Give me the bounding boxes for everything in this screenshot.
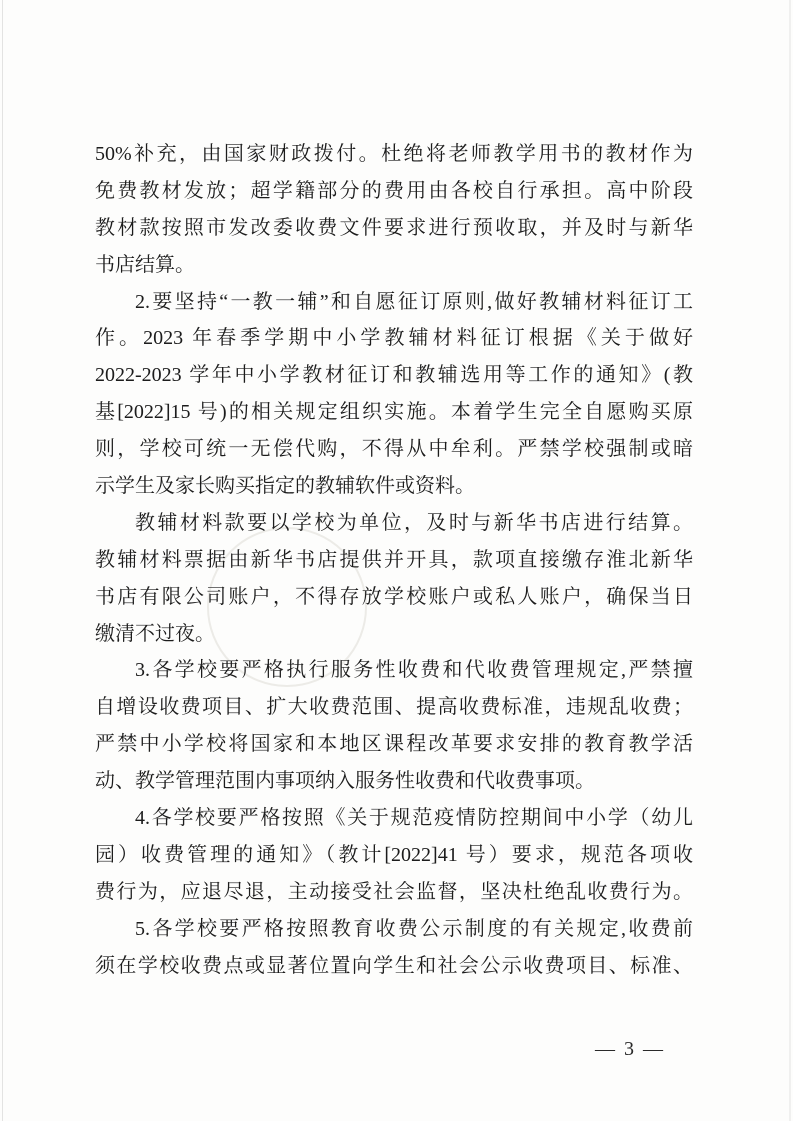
text-line: 书店结算。	[95, 247, 693, 284]
scan-edge-right	[789, 0, 791, 1121]
text-line: 教辅材料款要以学校为单位，及时与新华书店进行结算。	[95, 505, 693, 542]
text-line: 2022-2023 学年中小学教材征订和教辅选用等工作的通知》(教	[95, 357, 693, 394]
text-line: 费行为，应退尽退，主动接受社会监督，坚决杜绝乱收费行为。	[95, 874, 693, 911]
text-line: 教辅材料票据由新华书店提供并开具，款项直接缴存淮北新华	[95, 542, 693, 579]
paragraph-continuation: 50%补充，由国家财政拨付。杜绝将老师教学用书的教材作为 免费教材发放；超学籍部…	[95, 136, 693, 284]
text-line: 3.各学校要严格执行服务性收费和代收费管理规定,严禁擅	[95, 652, 693, 689]
text-line: 基[2022]15 号)的相关规定组织实施。本着学生完全自愿购买原	[95, 394, 693, 431]
paragraph-item-3: 3.各学校要严格执行服务性收费和代收费管理规定,严禁擅 自增设收费项目、扩大收费…	[95, 652, 693, 800]
text-line: 园）收费管理的通知》（教计[2022]41 号）要求，规范各项收	[95, 837, 693, 874]
text-line: 5.各学校要严格按照教育收费公示制度的有关规定,收费前	[95, 911, 693, 948]
text-line: 免费教材发放；超学籍部分的费用由各校自行承担。高中阶段	[95, 173, 693, 210]
text-line: 缴清不过夜。	[95, 616, 693, 653]
paragraph-settlement: 教辅材料款要以学校为单位，及时与新华书店进行结算。 教辅材料票据由新华书店提供并…	[95, 505, 693, 653]
page-number: — 3 —	[560, 1038, 700, 1061]
paragraph-item-5: 5.各学校要严格按照教育收费公示制度的有关规定,收费前 须在学校收费点或显著位置…	[95, 911, 693, 985]
document-body: 50%补充，由国家财政拨付。杜绝将老师教学用书的教材作为 免费教材发放；超学籍部…	[95, 136, 693, 984]
text-line: 自增设收费项目、扩大收费范围、提高收费标准，违规乱收费；	[95, 689, 693, 726]
text-line: 书店有限公司账户，不得存放学校账户或私人账户，确保当日	[95, 579, 693, 616]
text-line: 50%补充，由国家财政拨付。杜绝将老师教学用书的教材作为	[95, 136, 693, 173]
text-line: 则，学校可统一无偿代购，不得从中牟利。严禁学校强制或暗	[95, 431, 693, 468]
paragraph-item-2: 2.要坚持“一教一辅”和自愿征订原则,做好教辅材料征订工 作。2023 年春季学…	[95, 284, 693, 505]
text-line: 教材款按照市发改委收费文件要求进行预收取，并及时与新华	[95, 210, 693, 247]
text-line: 严禁中小学校将国家和本地区课程改革要求安排的教育教学活	[95, 726, 693, 763]
text-line: 2.要坚持“一教一辅”和自愿征订原则,做好教辅材料征订工	[95, 284, 693, 321]
text-line: 4.各学校要严格按照《关于规范疫情防控期间中小学（幼儿	[95, 800, 693, 837]
paragraph-item-4: 4.各学校要严格按照《关于规范疫情防控期间中小学（幼儿 园）收费管理的通知》（教…	[95, 800, 693, 911]
text-line: 动、教学管理范围内事项纳入服务性收费和代收费事项。	[95, 763, 693, 800]
text-line: 作。2023 年春季学期中小学教辅材料征订根据《关于做好	[95, 320, 693, 357]
document-page: 50%补充，由国家财政拨付。杜绝将老师教学用书的教材作为 免费教材发放；超学籍部…	[0, 0, 793, 1121]
text-line: 须在学校收费点或显著位置向学生和社会公示收费项目、标准、	[95, 948, 693, 985]
text-line: 示学生及家长购买指定的教辅软件或资料。	[95, 468, 693, 505]
scan-edge-left	[2, 0, 3, 1121]
